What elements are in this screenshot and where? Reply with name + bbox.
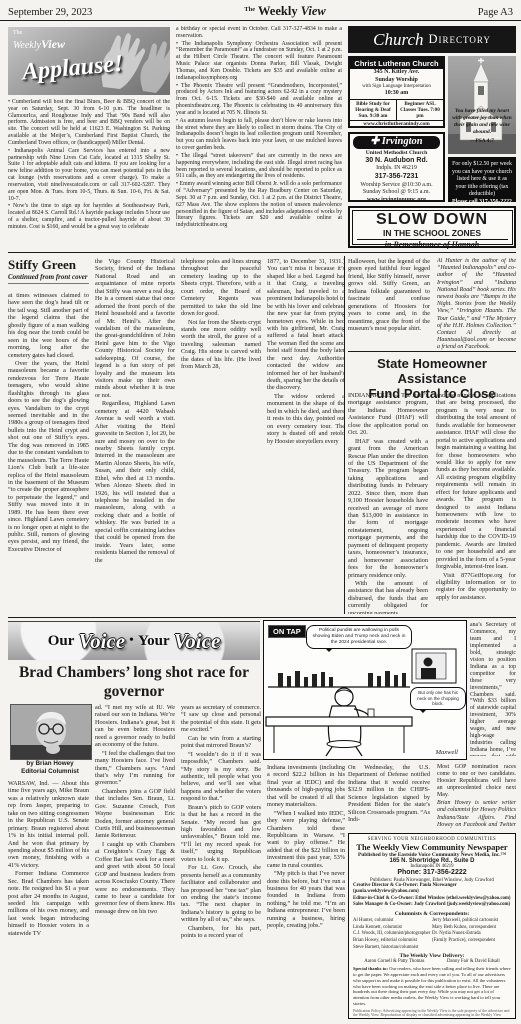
cartoonist-signature: Maxwell	[436, 749, 458, 756]
special-thanks: Special thanks to: Our readers, who have…	[353, 966, 511, 1006]
policy-heading: Publication Policy:	[353, 1009, 382, 1013]
stiffy-column-3: telephone poles and lines strung through…	[181, 258, 261, 614]
community-notes-column: a birthday or special event in October. …	[176, 26, 342, 247]
tithe-ad-text: For only $12.50 per week you can have yo…	[451, 161, 513, 199]
paragraph: Chambers, for his part, points to a reco…	[181, 925, 261, 940]
paragraph: and the number of applications that are …	[436, 392, 516, 571]
paragraph: WARSAW, Ind. — About this time five year…	[8, 780, 89, 869]
tithe-listing-ad: For only $12.50 per week you can have yo…	[448, 157, 516, 202]
paragraph: Most GOP nomination races come to one or…	[437, 764, 516, 799]
staff-list: Creative Director & Co-Owner: Paula Nice…	[353, 883, 511, 909]
banner-word: Your	[138, 633, 170, 650]
stiffy-column-5: Halloween, but the legend of the green e…	[348, 258, 430, 338]
applause-notes-column: • Cumberland will host the final Blues, …	[8, 99, 170, 247]
header-rule	[0, 20, 521, 21]
article-title: Stiffy Green	[8, 257, 89, 273]
homeowner-column-2: and the number of applications that are …	[436, 392, 516, 614]
delivery-names: Aaron Cornell & Patty Thomas Danny Fair …	[353, 959, 511, 964]
section-rule	[8, 617, 516, 618]
columnist-entry: Mary Beth Kuhns, correspondent	[432, 925, 511, 932]
applause-banner-image: TheWeeklyView Applause!	[8, 27, 170, 95]
columnist-entry: Linda Kennett, columnist	[353, 925, 432, 932]
banner-word: Voice	[78, 629, 125, 654]
paragraph: at times witnesses claimed to have seen …	[8, 292, 89, 359]
staff-line: Sales Manager & Co-Owner: Judy Crawford …	[353, 902, 511, 908]
class-schedule: Bible Study for Hearing & Deaf Sun. 9:30…	[350, 99, 443, 122]
cross-icon: ✚	[370, 136, 379, 147]
byline-name: by Brian Howey	[6, 760, 94, 768]
irvington-methodist-ad: ✚ Irvington United Methodist Church 30 N…	[348, 132, 445, 202]
news-item: • Emmy award winning actor Bill Oberst J…	[176, 181, 342, 229]
stiffy-column-2: the Vigo County Historical Society, frie…	[95, 258, 175, 614]
delivery-team: Aaron Cornell & Patty Thomas	[364, 959, 424, 964]
cartoon-title: ON TAP	[268, 625, 306, 638]
stiffy-column-4: 1877, to December 31, 1931.) You can’t m…	[267, 258, 345, 614]
banner-word: Our	[48, 633, 75, 650]
church-phone: 317-356-7231	[350, 173, 443, 182]
masthead-phone: Phone: 317-356-2222	[353, 869, 511, 876]
paragraph: “I feel the challenges that too many Hoo…	[95, 750, 175, 787]
governor-column-3: years as secretary of commerce. “I saw u…	[181, 704, 261, 1016]
governor-column-2: ad. “I met my wife at IU. We raised our …	[95, 704, 175, 1016]
staff-line: Creative Director & Co-Owner: Paula Nice…	[353, 883, 511, 896]
paragraph: telephone poles and lines strung through…	[181, 258, 261, 318]
bio-paragraph: Al Hunter is the author of the “Haunted …	[437, 258, 516, 350]
columnist-entry: (Family Practice), correspondent	[432, 938, 511, 945]
columnists-left: Al Hunter, columnist Linda Kennett, colu…	[353, 918, 432, 952]
paragraph: For Lt. Gov. Crouch, she presents hersel…	[181, 864, 261, 924]
news-item: • Cumberland will host the final Blues, …	[8, 99, 170, 147]
speech-bubble: Political pundits are wallowing in polls…	[306, 625, 412, 649]
worship-time: 10:30 am	[350, 90, 443, 98]
christ-lutheran-ad: Christ Lutheran Church 345 N. Kitley Ave…	[348, 56, 445, 128]
paragraph: Visit 877GetHope.org for eligibility inf…	[436, 572, 516, 602]
weekly-view-logo: TheWeeklyView	[13, 30, 65, 52]
paragraph: INDIANAPOLIS — The state’s mortgage assi…	[348, 392, 428, 437]
governor-article-headline: Brad Chambers’ long shot race for govern…	[8, 663, 260, 703]
continued-note: Continued from front cover	[8, 273, 89, 284]
masthead-title: The Weekly View Community Newspaper	[353, 842, 511, 852]
tithe-ad-phone: Please call 317-356-2222	[451, 199, 513, 202]
page-date: September 29, 2023	[8, 7, 92, 18]
worship-line: Sunday Worship	[350, 77, 443, 85]
editorial-cartoon: ON TAP Political pundits are wallowing i…	[263, 620, 467, 760]
paragraph: Indiana investments (including a record …	[267, 764, 345, 809]
church-directory-caps-word: Directory	[429, 32, 491, 47]
speech-bubble: But only one has his neck on the choppin…	[410, 687, 466, 710]
paragraph: Halloween, but the legend of the green e…	[348, 258, 430, 332]
church-photo: You have filled my heart with greater jo…	[448, 56, 516, 154]
paragraph: ad. “I met my wife at IU. We raised our …	[95, 704, 175, 749]
church-directory-script-word: Church	[373, 30, 423, 50]
sunday-school-line: Sunday School @ 9:15 a.m.	[350, 189, 443, 197]
columnist-entry: Steve Barnett, historian/columnist	[353, 945, 432, 952]
verse-text: You have filled my heart with greater jo…	[452, 108, 512, 135]
paragraph: Can he win from a starting point that mi…	[181, 735, 261, 750]
paragraph: IHAF was created with a grant from the A…	[348, 438, 428, 579]
paragraph: With the amount of assistance that has a…	[348, 580, 428, 614]
thanks-text: Our readers, who have been calling and t…	[353, 966, 511, 1005]
columnists-right: Jerry Maxwell, political cartoonist Mary…	[432, 918, 511, 952]
church-website: www.irvingtonumc.org	[350, 197, 443, 202]
columnist-portrait	[11, 705, 91, 759]
bible-verse: You have filled my heart with greater jo…	[450, 108, 514, 145]
news-item: • As autumn leaves begin to fall, please…	[176, 118, 342, 152]
slow-down-inner: SLOW DOWN IN THE SCHOOL ZONES in Remembr…	[352, 210, 513, 245]
masthead-box: SERVING YOUR NEIGHBORHOOD COMMUNITIES Th…	[348, 833, 516, 1019]
church-address: 345 N. Kitley Ave.	[350, 69, 443, 77]
stiffy-green-heading: Stiffy Green Continued from front cover	[8, 257, 89, 284]
paragraph: “I wouldn’t do it if it was impossible,”…	[181, 751, 261, 803]
paragraph: Regardless, Highland Lawn cemetery at 44…	[95, 400, 175, 564]
columnist-entry: Al Hunter, columnist	[353, 918, 432, 925]
paragraph: I caught up with Chambers at Creighton’s…	[95, 841, 175, 915]
paragraph: ana’s Secretary of Commerce, my team and…	[470, 622, 516, 756]
banner-separator: •	[129, 633, 134, 649]
church-denomination: United Methodist Church	[350, 150, 443, 157]
paragraph: Braun’s pitch to GOP voters is that he h…	[181, 804, 261, 864]
paragraph: On Wednesday, the U.S. Department of Def…	[348, 764, 430, 824]
news-item: • The illegal “street takeovers” that ar…	[176, 153, 342, 180]
columnist-entry: C.J. Woods, III, columnist/photographer	[353, 931, 432, 938]
article-rule	[348, 351, 516, 352]
paragraph: 1877, to December 31, 1931.) You can’t m…	[267, 258, 345, 392]
banner-word: Voice	[174, 629, 221, 654]
byline-title: Editorial Columnist	[6, 768, 94, 776]
paragraph: “My pitch is that I’ve never done this b…	[267, 870, 345, 930]
governor-side-column: ana’s Secretary of Commerce, my team and…	[470, 622, 516, 756]
columnist-bio: Brian Howey is senior writer and columni…	[437, 800, 516, 828]
publication-policy: Publication Policy: Advertising appearin…	[353, 1009, 511, 1019]
columnist-entry: Dr. Nydia Nunez-Estrada	[432, 931, 511, 938]
paragraph: Not far from the Sheets crypt stands one…	[181, 319, 261, 371]
church-website: www.christlutheranindy.com	[350, 121, 443, 128]
church-directory-header: Church Directory	[348, 26, 516, 53]
slow-down-ad: SLOW DOWN IN THE SCHOOL ZONES in Remembr…	[348, 206, 516, 248]
paragraph: “When I walked into IEDC, they were play…	[267, 810, 345, 870]
church-name: Christ Lutheran Church	[350, 58, 443, 69]
paragraph: Former Indiana Commerce Sec. Brad Chambe…	[8, 870, 89, 937]
newspaper-masthead: The Weekly View	[244, 4, 325, 19]
church-city: Indpls. IN 46219	[350, 165, 443, 173]
news-item: • Now’s the time to sign up for hayrides…	[8, 203, 170, 230]
page-number: Page A3	[478, 7, 513, 18]
section-rule	[8, 252, 516, 253]
news-item: a birthday or special event in October. …	[176, 26, 342, 40]
paragraph: the Vigo County Historical Society, frie…	[95, 258, 175, 399]
title-line-1: State Homeowner Assistance	[348, 357, 516, 387]
author-bio: Al Hunter is the author of the “Haunted …	[437, 258, 516, 350]
governor-column-1: WARSAW, Ind. — About this time five year…	[8, 780, 89, 1016]
governor-column-5: On Wednesday, the U.S. Department of Def…	[348, 764, 430, 828]
our-voice-banner: Our Voice • Your Voice	[8, 621, 260, 660]
howey-photo	[10, 704, 92, 760]
stiffy-column-1: at times witnesses claimed to have seen …	[8, 292, 89, 614]
news-item: • The Phoenix Theatre will present “Gran…	[176, 83, 342, 117]
church-address: 30 N. Audubon Rd.	[350, 157, 443, 166]
governor-column-4: Indiana investments (including a record …	[267, 764, 345, 1016]
paragraph: The widow ordered a monument in the shap…	[267, 393, 345, 445]
slow-down-line2: IN THE SCHOOL ZONES	[353, 228, 512, 238]
homeowner-column-1: INDIANAPOLIS — The state’s mortgage assi…	[348, 392, 428, 614]
governor-column-6: Most GOP nomination races come to one or…	[437, 764, 516, 828]
columnists-list: Al Hunter, columnist Linda Kennett, colu…	[353, 918, 511, 952]
verse-reference: —PSA 4:7	[450, 138, 514, 145]
news-item: • The Indianapolis Symphony Orchestra As…	[176, 41, 342, 82]
news-item: • Indianapolis Animal Care Services has …	[8, 148, 170, 203]
paragraph: Over the years, the Heinl mausoleum beca…	[8, 360, 89, 553]
thanks-heading: Special thanks to:	[353, 966, 388, 971]
page-header: September 29, 2023 The Weekly View Page …	[0, 4, 521, 19]
delivery-team: Danny Fair & David Edsall	[447, 959, 500, 964]
slow-down-line3: in Remembrance of Hannah	[357, 239, 508, 251]
columnist-entry: Brian Howey, editorial columnist	[353, 938, 432, 945]
paragraph: years as secretary of commerce. “I saw u…	[181, 704, 261, 734]
asl-class-cell: Beginner ASL Classes Tues. 7:00 pm	[397, 100, 443, 121]
paragraph: Chambers joins a GOP field that includes…	[95, 788, 175, 840]
columnist-entry: Jerry Maxwell, political cartoonist	[432, 918, 511, 925]
irvington-logo: ✚ Irvington	[353, 136, 440, 149]
slow-down-line1: SLOW DOWN	[353, 212, 512, 228]
worship-service-line: Worship Service @10:30 a.m.	[350, 182, 443, 190]
bible-study-cell: Bible Study for Hearing & Deaf Sun. 9:30…	[350, 100, 397, 121]
columnists-heading: Columnists & Correspondents:	[353, 911, 511, 917]
photo-caption: by Brian Howey Editorial Columnist	[6, 760, 94, 776]
